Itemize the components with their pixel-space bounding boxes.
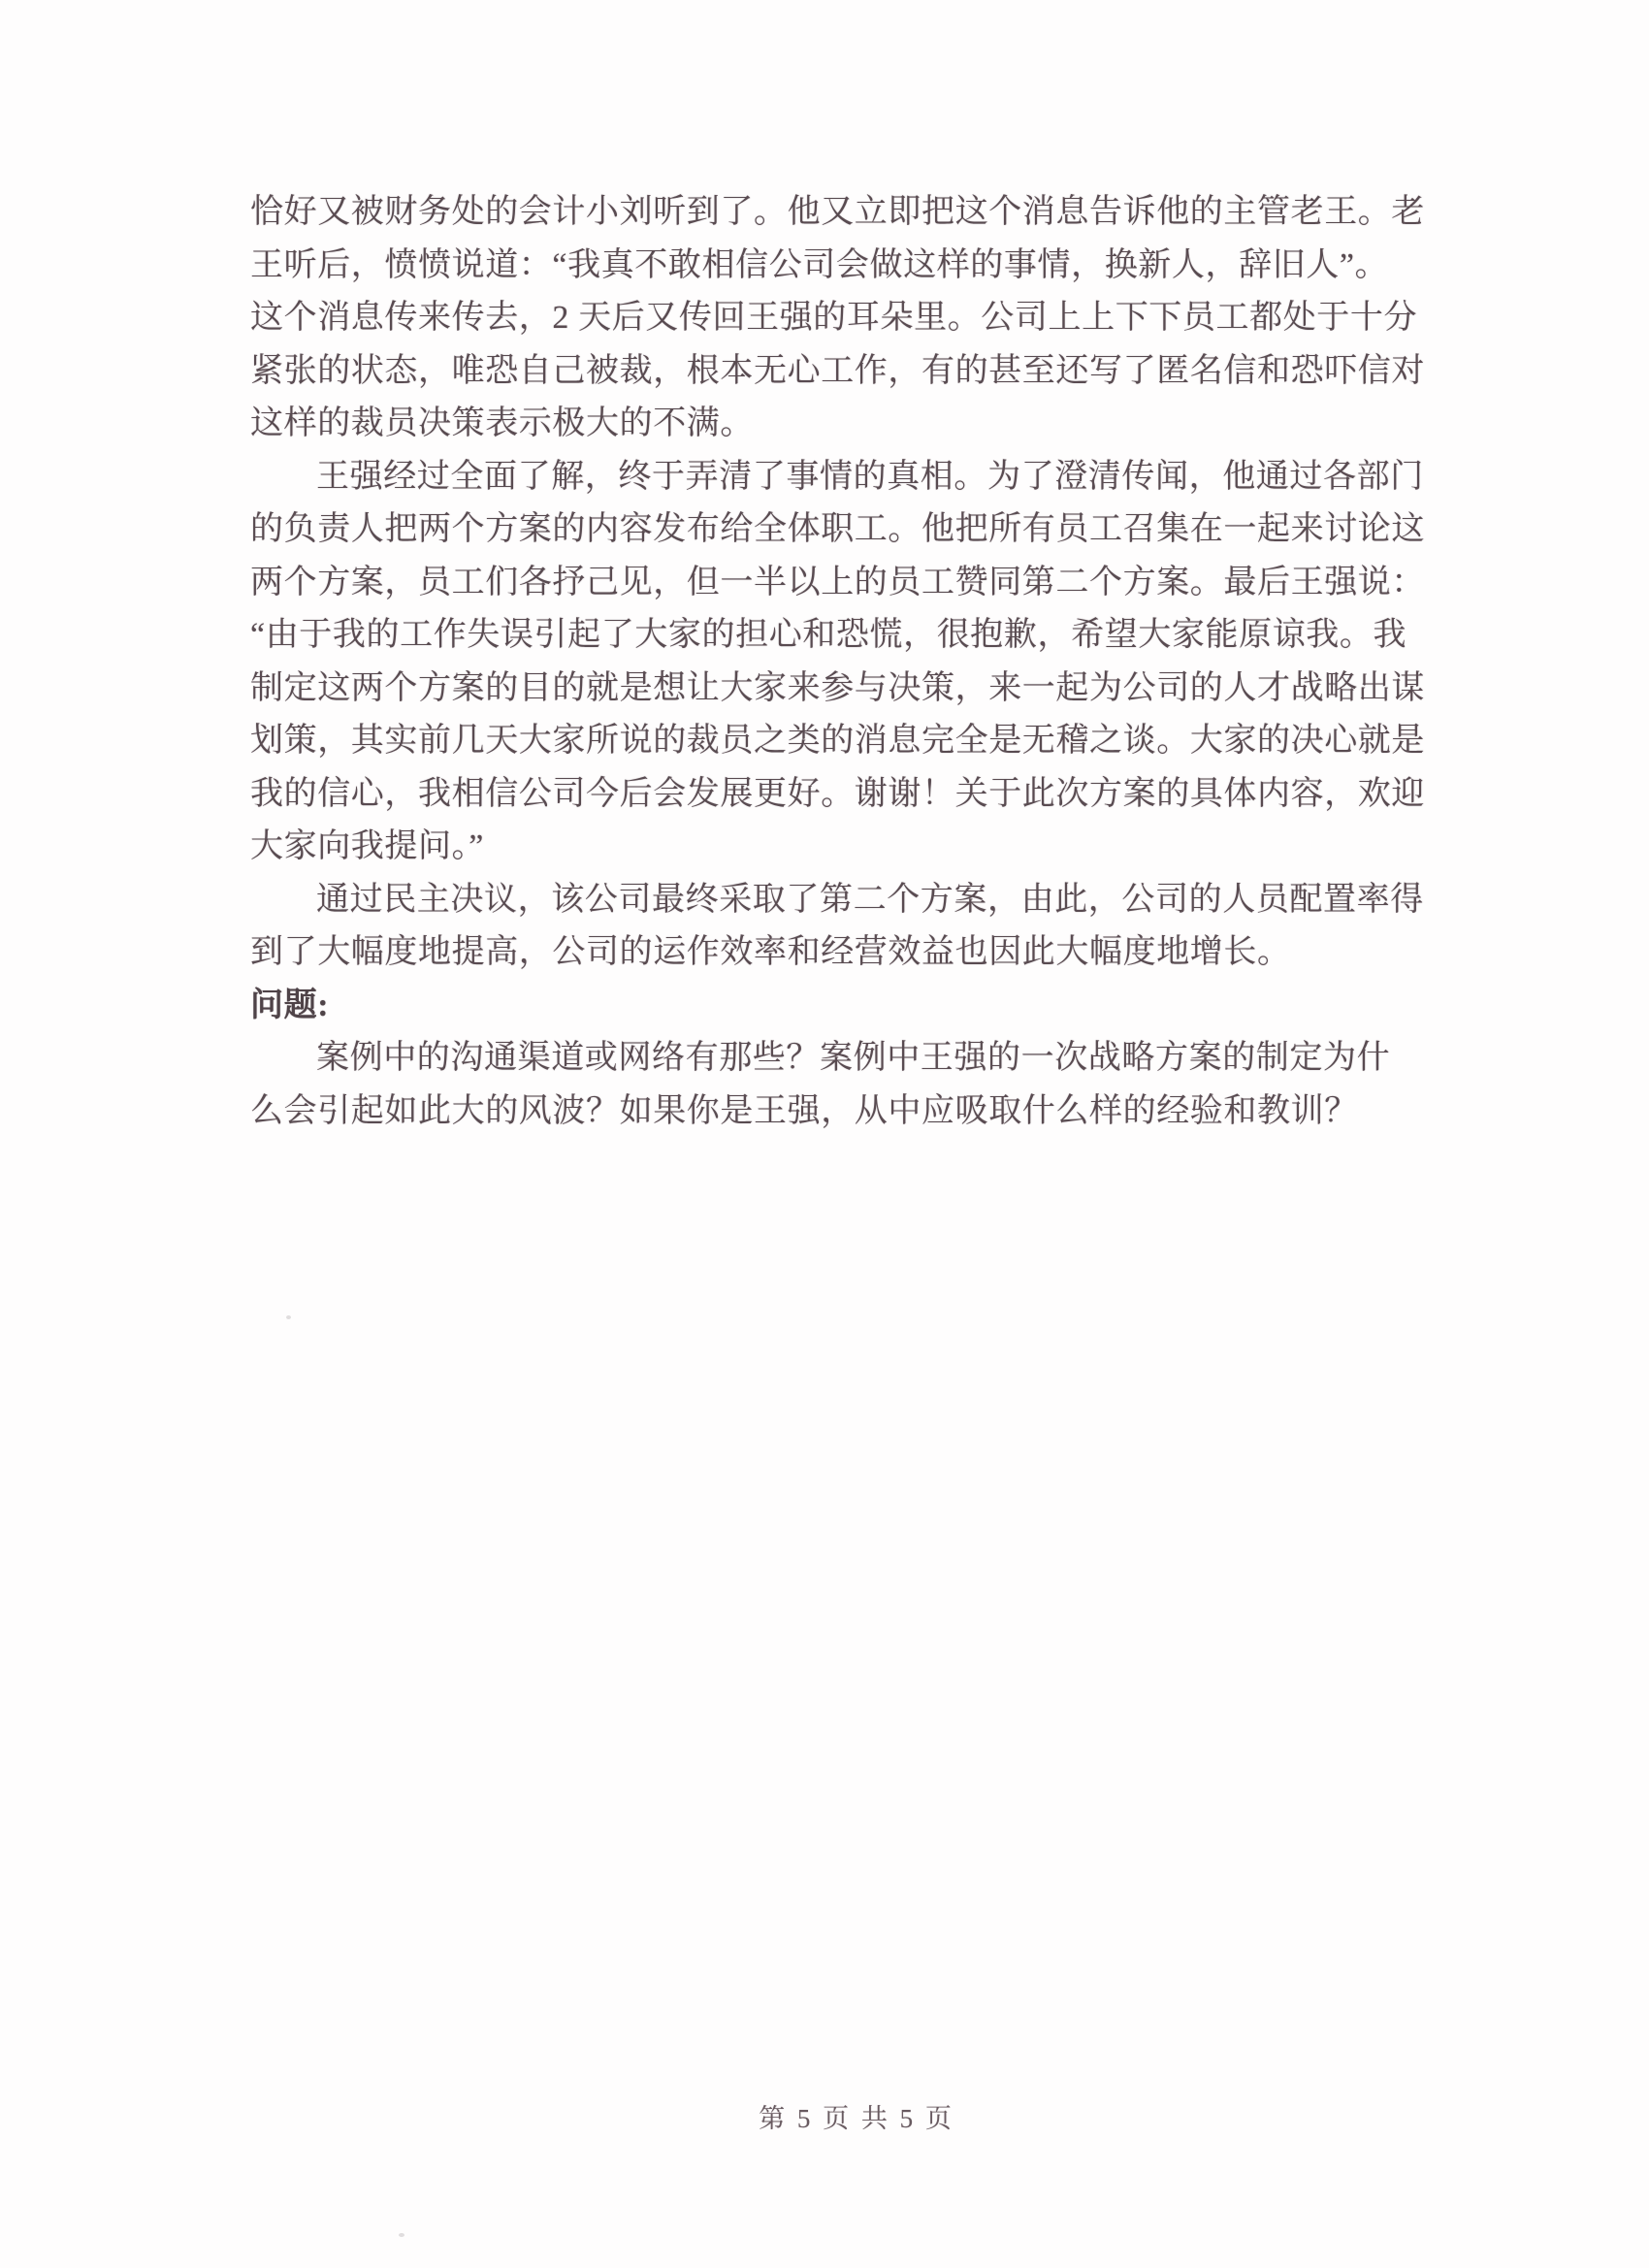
body-line: 我的信心，我相信公司今后会发展更好。谢谢！关于此次方案的具体内容，欢迎 [250, 768, 1463, 822]
document-page: 恰好又被财务处的会计小刘听到了。他又立即把这个消息告诉他的主管老王。老 王听后，… [0, 0, 1649, 2268]
body-line: 大家向我提问。” [250, 821, 1463, 874]
body-line: 制定这两个方案的目的就是想让大家来参与决策，来一起为公司的人才战略出谋 [250, 663, 1463, 716]
body-line: 这个消息传来传去，2 天后又传回王强的耳朵里。公司上上下下员工都处于十分 [250, 292, 1463, 345]
body-line: 划策，其实前几天大家所说的裁员之类的消息完全是无稽之谈。大家的决心就是 [250, 715, 1463, 768]
body-line: “由于我的工作失误引起了大家的担心和恐慌，很抱歉，希望大家能原谅我。我 [250, 609, 1463, 663]
body-line: 王听后，愤愤说道：“我真不敢相信公司会做这样的事情，换新人，辞旧人”。 [250, 240, 1463, 293]
body-text-block: 恰好又被财务处的会计小刘听到了。他又立即把这个消息告诉他的主管老王。老 王听后，… [250, 186, 1463, 1138]
body-line: 紧张的状态，唯恐自己被裁，根本无心工作，有的甚至还写了匿名信和恐吓信对 [250, 345, 1463, 399]
body-line: 通过民主决议，该公司最终采取了第二个方案，由此，公司的人员配置率得 [250, 874, 1463, 927]
body-line: 恰好又被财务处的会计小刘听到了。他又立即把这个消息告诉他的主管老王。老 [250, 186, 1463, 240]
body-line: 王强经过全面了解，终于弄清了事情的真相。为了澄清传闻，他通过各部门 [250, 451, 1463, 504]
question-line: 么会引起如此大的风波？如果你是王强，从中应吸取什么样的经验和教训？ [250, 1085, 1463, 1139]
body-line: 这样的裁员决策表示极大的不满。 [250, 398, 1463, 451]
questions-heading: 问题: [250, 980, 1463, 1033]
scan-speck [286, 1315, 291, 1319]
body-line: 的负责人把两个方案的内容发布给全体职工。他把所有员工召集在一起来讨论这 [250, 503, 1463, 557]
body-line: 到了大幅度地提高，公司的运作效率和经营效益也因此大幅度地增长。 [250, 926, 1463, 980]
body-line: 两个方案，员工们各抒己见，但一半以上的员工赞同第二个方案。最后王强说： [250, 557, 1463, 610]
scan-speck [399, 2233, 404, 2237]
page-number: 第 5 页 共 5 页 [64, 2097, 1649, 2135]
question-line: 案例中的沟通渠道或网络有那些？案例中王强的一次战略方案的制定为什 [250, 1032, 1463, 1085]
